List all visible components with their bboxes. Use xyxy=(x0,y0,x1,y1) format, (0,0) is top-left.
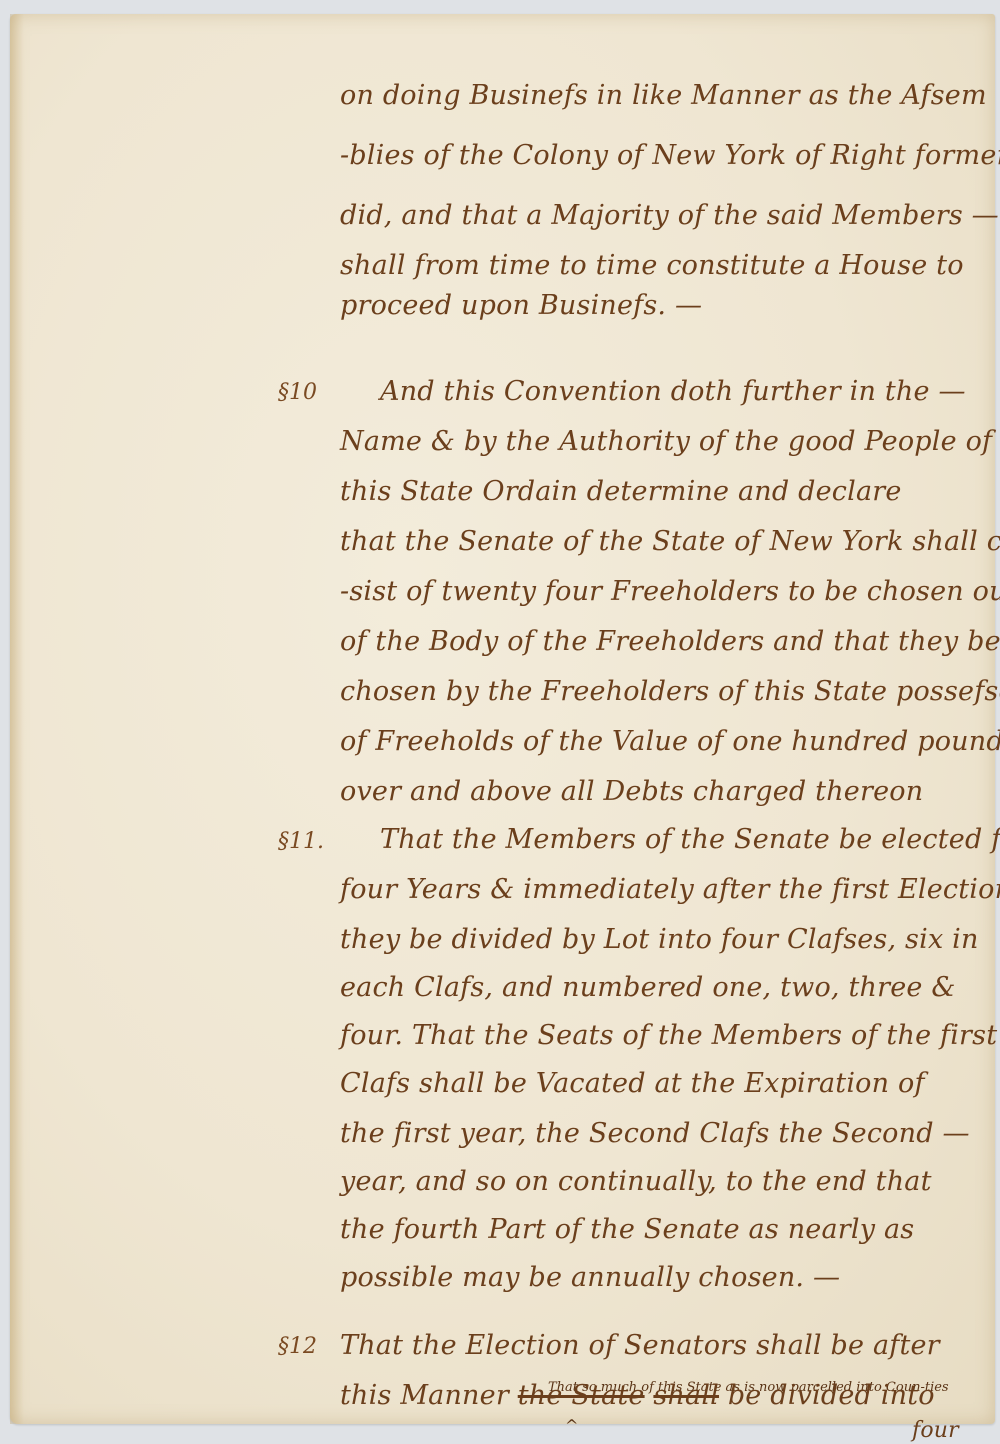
struck-text: shall xyxy=(653,1380,719,1411)
text-line: the first year, the Second Clafs the Sec… xyxy=(340,1118,970,1149)
insertion-caret: ^ xyxy=(565,1416,578,1435)
bleed-through-text xyxy=(30,134,330,1234)
text-line: of the Body of the Freeholders and that … xyxy=(340,626,1000,657)
text-fragment: this Manner xyxy=(340,1380,509,1411)
text-line: year, and so on continually, to the end … xyxy=(340,1166,932,1197)
text-line: four Years & immediately after the first… xyxy=(340,874,1000,905)
text-line: Clafs shall be Vacated at the Expiration… xyxy=(340,1068,925,1099)
text-line: possible may be annually chosen. — xyxy=(340,1262,840,1293)
text-line: proceed upon Businefs. — xyxy=(340,290,702,321)
text-line: Name & by the Authority of the good Peop… xyxy=(340,426,992,457)
struck-text: the State xyxy=(518,1380,645,1411)
text-line: shall from time to time constitute a Hou… xyxy=(340,250,964,281)
text-fragment: be divided into xyxy=(728,1380,935,1411)
text-line: That the Members of the Senate be electe… xyxy=(380,824,1000,855)
manuscript-page: on doing Businefs in like Manner as the … xyxy=(10,14,995,1424)
text-line: That the Election of Senators shall be a… xyxy=(340,1330,940,1361)
text-line: And this Convention doth further in the … xyxy=(380,376,966,407)
text-line: -blies of the Colony of New York of Righ… xyxy=(340,140,1000,171)
text-line: of Freeholds of the Value of one hundred… xyxy=(340,726,1000,757)
section-marker-11: §11. xyxy=(278,829,324,854)
text-line: each Clafs, and numbered one, two, three… xyxy=(340,972,956,1003)
text-line: chosen by the Freeholders of this State … xyxy=(340,676,1000,707)
text-line: that the Senate of the State of New York… xyxy=(340,526,1000,557)
text-line-with-corrections: this Manner the State shall be divided i… xyxy=(340,1380,935,1411)
text-line: this State Ordain determine and declare xyxy=(340,476,902,507)
text-line: they be divided by Lot into four Clafses… xyxy=(340,924,979,955)
text-line: four. That the Seats of the Members of t… xyxy=(340,1020,997,1051)
text-line: the fourth Part of the Senate as nearly … xyxy=(340,1214,914,1245)
section-marker-10: §10 xyxy=(278,380,317,405)
text-line: -sist of twenty four Freeholders to be c… xyxy=(340,576,1000,607)
catchword: four xyxy=(912,1418,959,1443)
text-line: did, and that a Majority of the said Mem… xyxy=(340,200,999,231)
section-marker-12: §12 xyxy=(278,1334,317,1359)
text-line: on doing Businefs in like Manner as the … xyxy=(340,80,987,111)
text-line: over and above all Debts charged thereon xyxy=(340,776,923,807)
